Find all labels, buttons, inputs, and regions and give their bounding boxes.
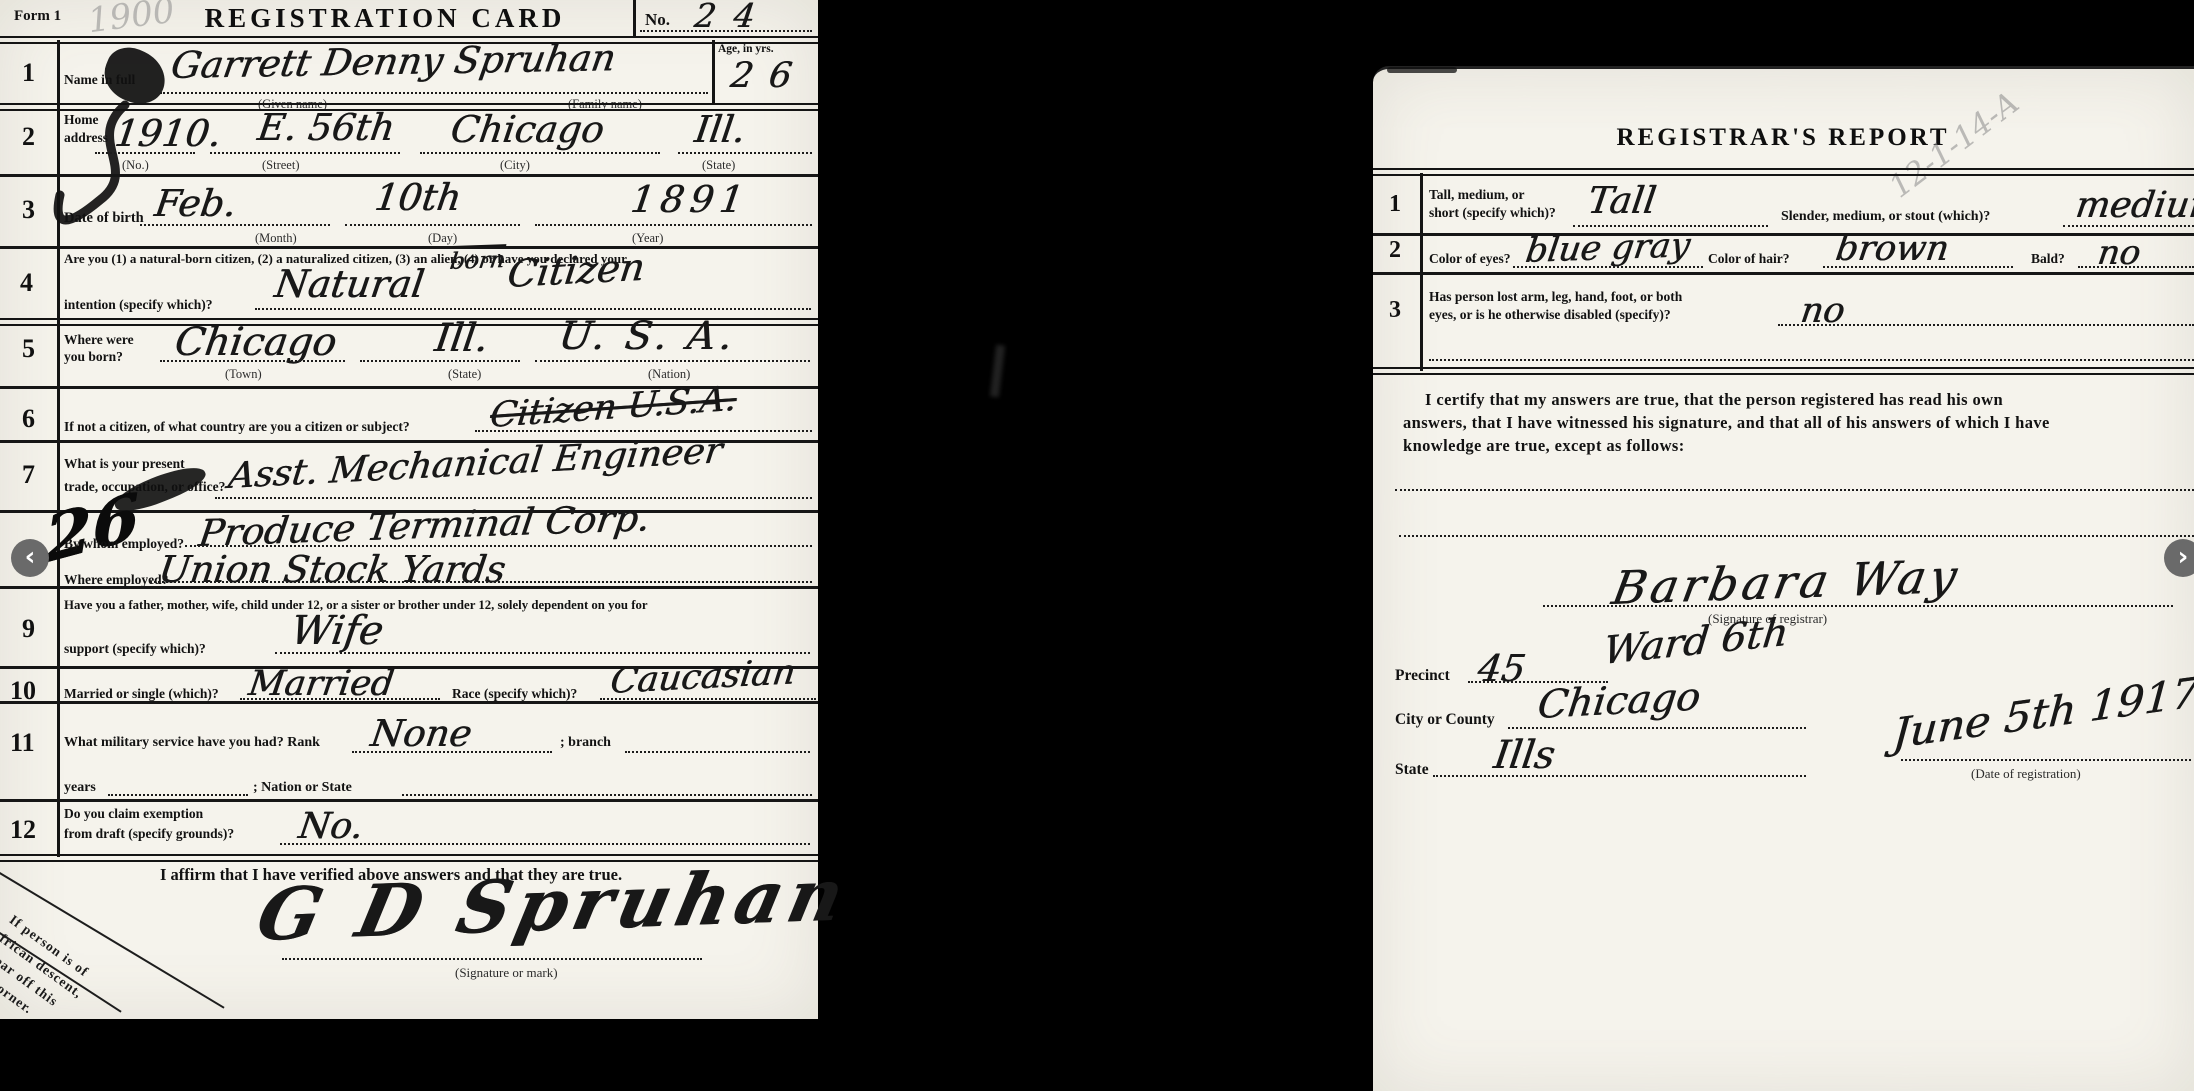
city-county-value: Chicago [1535,675,1703,728]
precinct-label: Precinct [1395,667,1450,685]
exemption-label-1: Do you claim exemption [64,806,203,822]
no-value: 24 [692,0,775,35]
certify-text-1: I certify that my answers are true, that… [1425,391,2003,410]
registration-date-value: June 5th 1917 [1891,668,2194,758]
disability-label-1: Has person lost arm, leg, hand, foot, or… [1429,289,1682,305]
dotted-line [1823,266,2013,268]
name-value: Garrett Denny Spruhan [168,36,619,87]
dependents-question-2: support (specify which)? [64,641,206,657]
age-box-divider [712,40,715,105]
citizen-value-natural: Natural [272,262,427,306]
dotted-line [140,224,330,226]
registrar-report-card: REGISTRAR'S REPORT 12-1-14-A 1 Tall, med… [1373,66,2194,1091]
row-number: 12 [10,815,36,845]
day-sublabel: (Day) [428,231,457,246]
dotted-line [345,224,520,226]
scan-smudge [990,345,1005,398]
dotted-line [280,843,810,845]
dotted-line [535,360,810,362]
row-rule [0,246,818,249]
row-number: 9 [22,614,35,644]
hair-label: Color of hair? [1708,251,1790,267]
hair-value: brown [1833,229,1951,269]
dotted-line [215,497,812,499]
where-born-label-2: you born? [64,349,123,365]
dotted-line [2063,225,2194,227]
dob-year-value: 1891 [628,178,752,221]
city-sublabel: (City) [500,158,530,173]
month-sublabel: (Month) [255,231,297,246]
citizen-value-born: born [448,244,507,275]
dotted-line [420,152,660,154]
ward-value: Ward 6th [1601,610,1790,674]
chevron-right-icon: › [2178,544,2189,570]
row-number: 2 [1389,237,1401,264]
address-state-value: Ill. [692,108,748,151]
build-label: Slender, medium, or stout (which)? [1781,209,1990,225]
dashed-blank-line [1395,489,2194,491]
dotted-line [95,152,195,154]
dotted-line [210,152,400,154]
signature-sublabel: (Signature or mark) [455,965,558,981]
address-city-value: Chicago [448,108,607,151]
eyes-label: Color of eyes? [1429,251,1510,267]
dashed-blank-line [1399,535,2194,537]
height-value: Tall [1585,179,1659,222]
dotted-line [360,360,520,362]
row-number: 5 [22,334,35,364]
form-number-label: Form 1 [14,8,61,25]
age-value: 26 [728,56,810,96]
section-rule [1373,367,2194,375]
build-value: medium [2073,185,2194,226]
header-rule [1373,168,2194,176]
dotted-line [1433,775,1806,777]
year-sublabel: (Year) [632,231,663,246]
row-number: 3 [1389,297,1401,324]
dotted-line [1543,605,2173,607]
dob-month-value: Feb. [152,182,239,225]
exemption-label-2: from draft (specify grounds)? [64,826,234,842]
dotted-line [2078,266,2194,268]
dotted-line [108,794,248,796]
dotted-line [535,224,812,226]
home-address-label-2: address [64,130,108,146]
employed-place-value: Union Stock Yards [156,548,508,591]
city-county-label: City or County [1395,711,1495,729]
race-label: Race (specify which)? [452,686,577,702]
row-number: 1 [22,58,35,88]
state-sublabel: (State) [702,158,735,173]
home-address-label-1: Home [64,112,99,128]
certify-text-3: knowledge are true, except as follows: [1403,437,1685,456]
dotted-line [282,958,702,960]
height-label-2: short (specify which)? [1429,205,1556,221]
born-state-value: Ill. [432,316,491,361]
dotted-line [1778,324,2194,326]
military-rank-label: What military service have you had? Rank [64,735,320,751]
age-label: Age, in yrs. [718,43,774,56]
dotted-line [150,581,812,583]
card-title: REGISTRATION CARD [150,3,620,34]
dotted-line [275,652,810,654]
married-label: Married or single (which)? [64,686,219,702]
corner-notice: If person is of African descent, tear of… [0,888,124,1056]
trade-label-1: What is your present [64,456,185,472]
military-years-label: years [64,780,96,796]
dotted-line [475,430,812,432]
military-branch-label: ; branch [560,735,611,751]
race-value: Caucasian [608,652,798,702]
dotted-line [1513,266,1703,268]
citizen-question-2: intention (specify which)? [64,297,213,313]
dotted-line [240,698,440,700]
previous-page-button[interactable]: ‹ [11,539,49,577]
edge-smudge [1387,67,1457,73]
state-label: State [1395,761,1429,779]
row-rule [0,799,818,802]
address-no-value: 1910. [112,112,224,155]
row-number: 4 [20,268,33,298]
born-town-value: Chicago [172,320,339,365]
dotted-line [678,152,812,154]
dotted-line [160,360,345,362]
row-number: 11 [10,728,35,758]
height-label-1: Tall, medium, or [1429,187,1525,203]
row-rule [1373,272,2194,275]
nation-or-state-label: ; Nation or State [253,780,352,796]
bald-label: Bald? [2031,251,2065,267]
row-number: 3 [22,195,35,225]
row-rule [0,701,818,704]
dashed-blank-line [1429,359,2194,361]
dotted-line [1901,759,2191,761]
address-street-value: E. 56th [255,106,397,149]
dotted-line [600,698,816,700]
exemption-value: No. [296,806,366,847]
dotted-line [255,308,811,310]
row-number: 7 [22,460,35,490]
where-born-label-1: Where were [64,332,134,348]
document-viewer: Form 1 1900 REGISTRATION CARD No. 24 1 N… [0,0,2194,1091]
row-number: 1 [1389,191,1401,218]
no-label: No. [645,10,670,30]
row-rule [0,586,818,589]
military-rank-value: None [368,712,474,755]
dotted-line [185,545,812,547]
nation-sublabel: (Nation) [648,367,690,382]
row-number: 6 [22,404,35,434]
state-sublabel: (State) [448,367,481,382]
dob-day-value: 10th [372,176,464,219]
eyes-value: blue gray [1523,225,1693,271]
precinct-value: 45 [1475,647,1528,690]
dotted-line [1508,727,1806,729]
certify-text-2: answers, that I have witnessed his signa… [1403,414,2050,433]
town-sublabel: (Town) [225,367,262,382]
date-sublabel: (Date of registration) [1971,766,2081,782]
dotted-line [625,751,810,753]
citizen-value-citizen: Citizen [505,245,647,296]
chevron-left-icon: ‹ [25,544,36,570]
street-sublabel: (Street) [262,158,299,173]
state-value: Ills [1491,733,1558,778]
dob-label: Date of birth [64,210,144,227]
no-sublabel: (No.) [122,158,149,173]
not-citizen-label: If not a citizen, of what country are yo… [64,419,410,435]
born-nation-value: U. S. A. [556,314,739,359]
next-page-button[interactable]: › [2164,539,2194,577]
dotted-line [352,751,552,753]
dotted-line [402,794,812,796]
row-rule [1373,233,2194,236]
dotted-line [160,92,708,94]
disability-label-2: eyes, or is he otherwise disabled (speci… [1429,307,1671,323]
registration-card: Form 1 1900 REGISTRATION CARD No. 24 1 N… [0,0,818,1019]
dependents-value: Wife [288,608,386,654]
divider [633,0,636,36]
